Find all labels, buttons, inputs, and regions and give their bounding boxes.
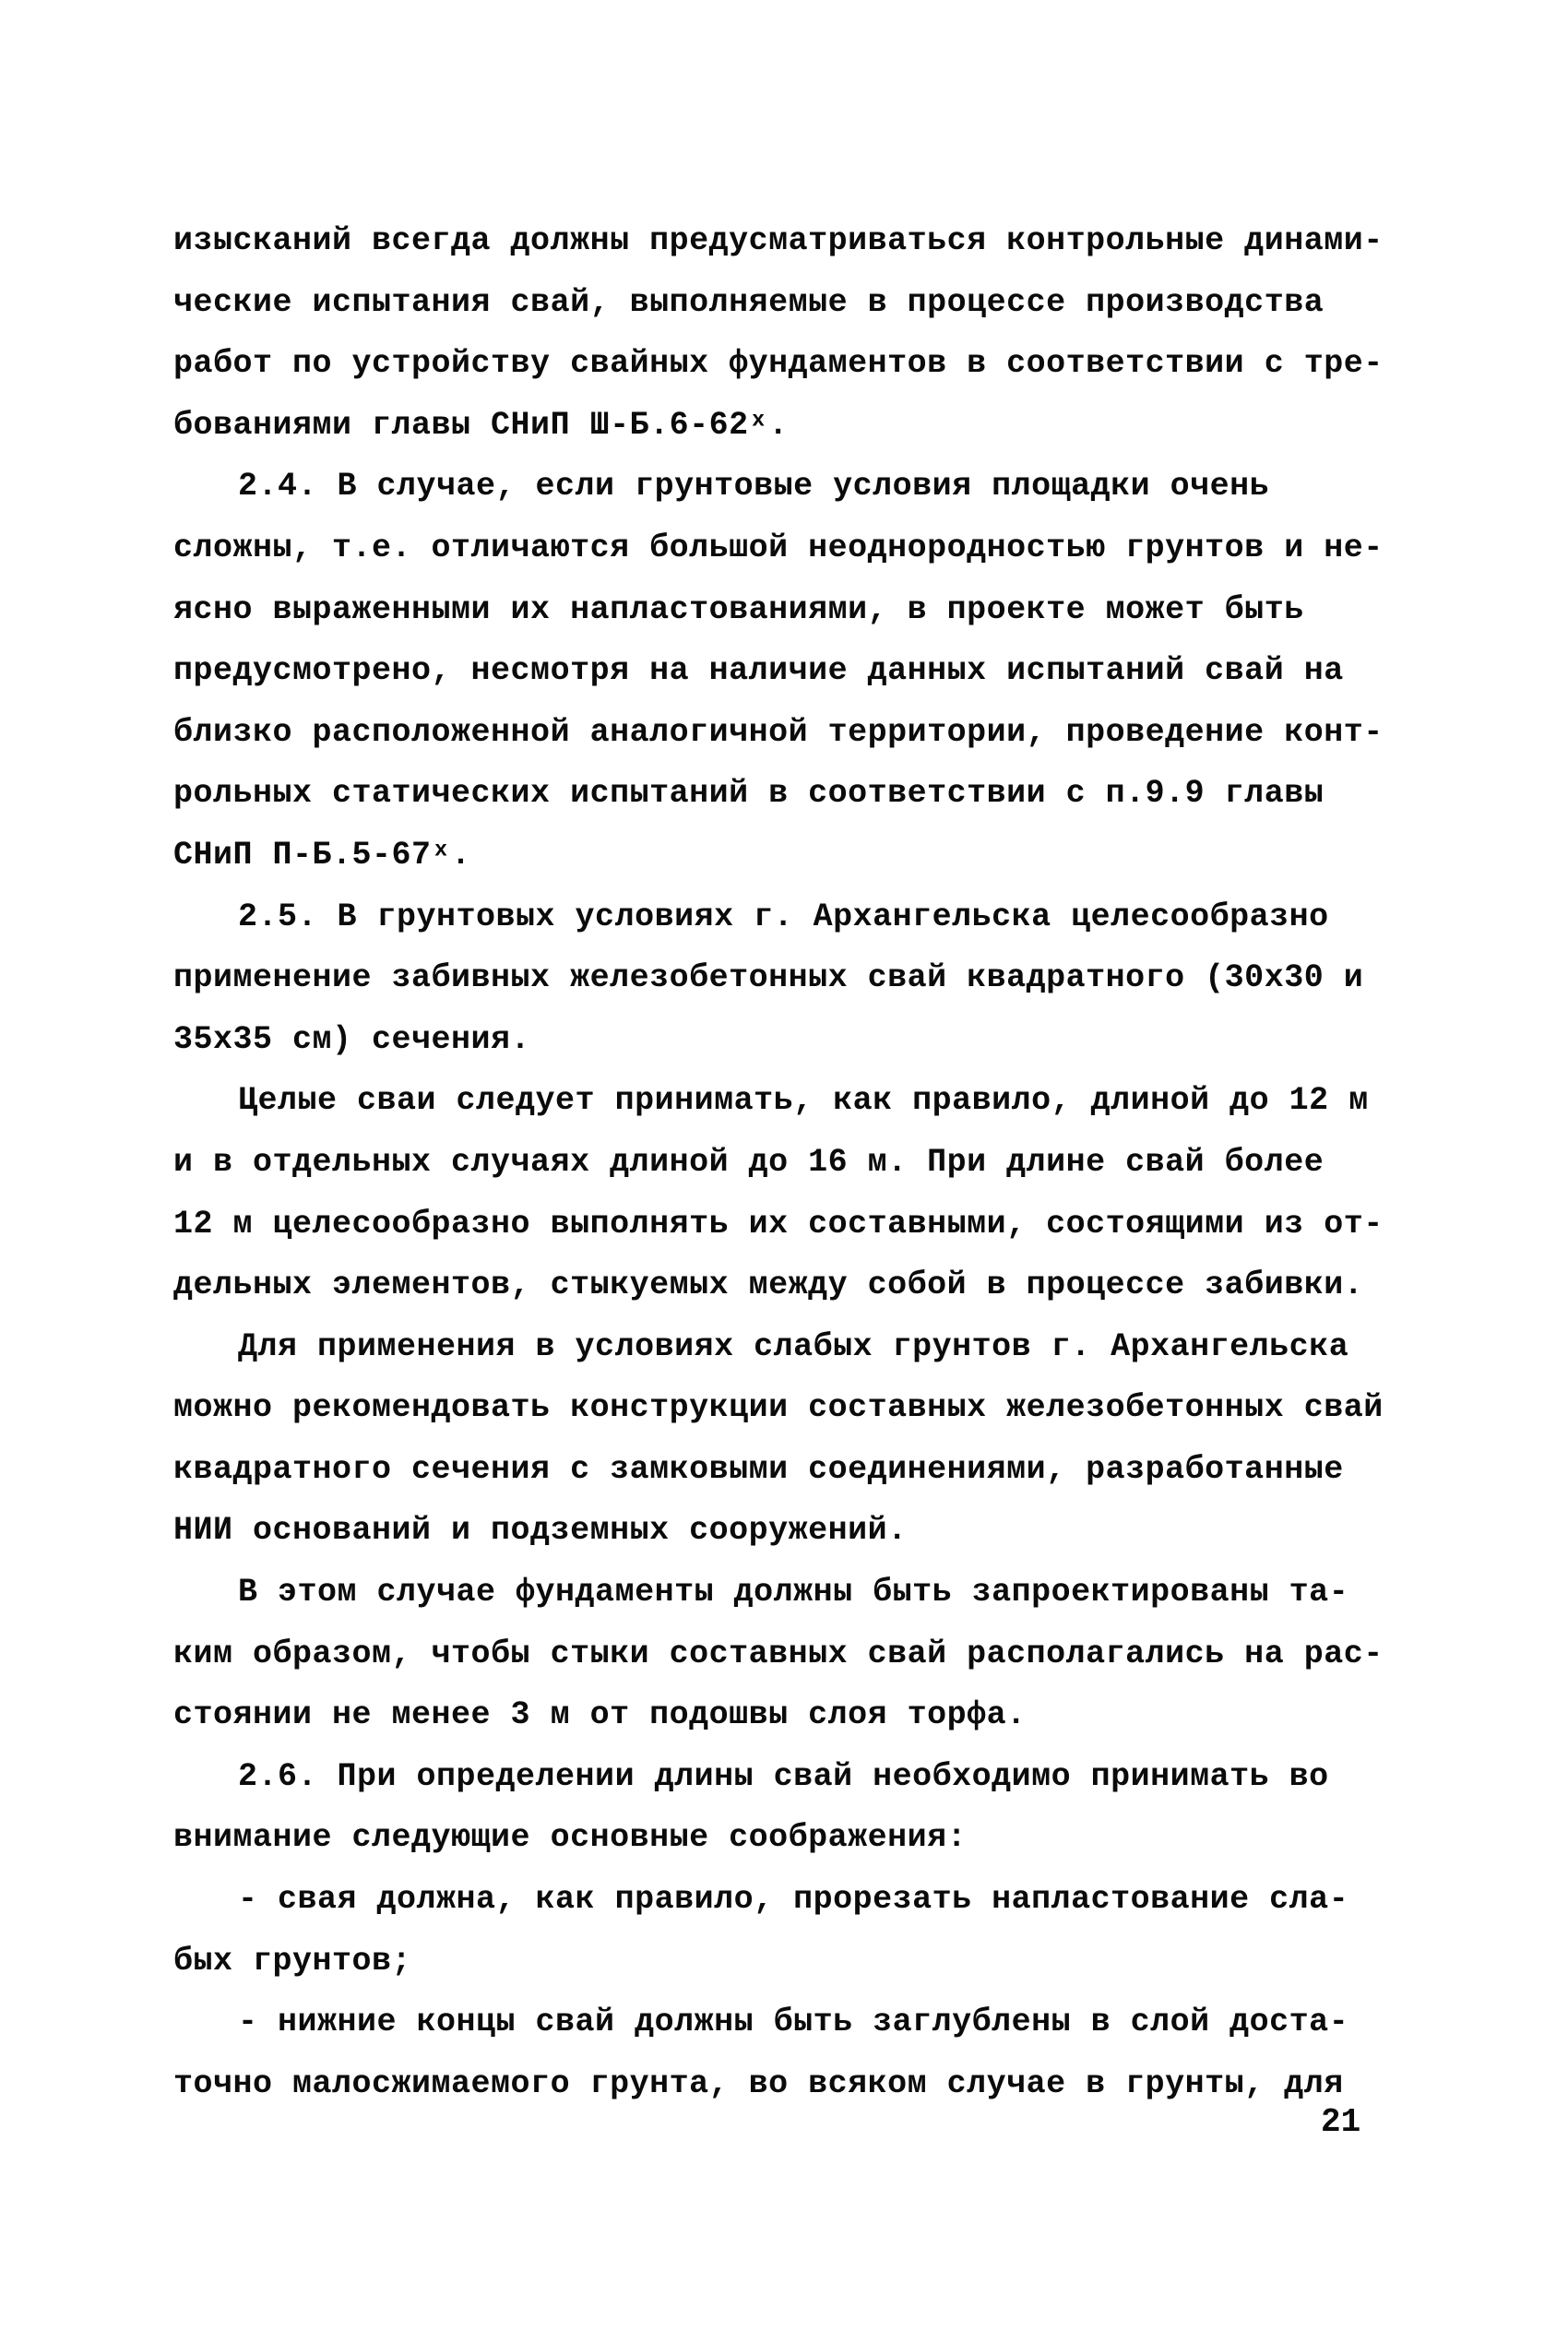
- page-number: 21: [1321, 2099, 1360, 2146]
- text-line: близко расположенной аналогичной террито…: [173, 702, 1409, 764]
- text-line: работ по устройству свайных фундаментов …: [173, 333, 1409, 395]
- text-line: Для применения в условиях слабых грунтов…: [173, 1316, 1409, 1378]
- text-line: бых грунтов;: [173, 1931, 1409, 1992]
- text-line: - свая должна, как правило, прорезать на…: [173, 1869, 1409, 1931]
- text-line: 12 м целесообразно выполнять их составны…: [173, 1194, 1409, 1255]
- text-line: квадратного сечения с замковыми соединен…: [173, 1439, 1409, 1501]
- text-line: ясно выраженными их напластованиями, в п…: [173, 579, 1409, 641]
- text-line: применение забивных железобетонных свай …: [173, 947, 1409, 1009]
- text-line: 2.4. В случае, если грунтовые условия пл…: [173, 456, 1409, 517]
- text-line: стоянии не менее 3 м от подошвы слоя тор…: [173, 1684, 1409, 1746]
- text-line: СНиП П-Б.5-67ˣ.: [173, 825, 1409, 886]
- text-line: можно рекомендовать конструкции составны…: [173, 1377, 1409, 1439]
- text-line: изысканий всегда должны предусматриватьс…: [173, 210, 1409, 272]
- text-line: и в отдельных случаях длиной до 16 м. Пр…: [173, 1132, 1409, 1194]
- scanned-document-page: изысканий всегда должны предусматриватьс…: [0, 0, 1568, 2331]
- text-line: 2.6. При определении длины свай необходи…: [173, 1746, 1409, 1808]
- text-block: изысканий всегда должны предусматриватьс…: [173, 210, 1409, 2114]
- text-line: ким образом, чтобы стыки составных свай …: [173, 1623, 1409, 1685]
- text-line: дельных элементов, стыкуемых между собой…: [173, 1255, 1409, 1316]
- text-line: Целые сваи следует принимать, как правил…: [173, 1070, 1409, 1132]
- text-line: внимание следующие основные соображения:: [173, 1807, 1409, 1869]
- text-line: предусмотрено, несмотря на наличие данны…: [173, 640, 1409, 702]
- text-line: ческие испытания свай, выполняемые в про…: [173, 272, 1409, 334]
- text-line: В этом случае фундаменты должны быть зап…: [173, 1562, 1409, 1623]
- text-line: 35х35 см) сечения.: [173, 1009, 1409, 1071]
- text-line: 2.5. В грунтовых условиях г. Архангельск…: [173, 886, 1409, 948]
- text-line: - нижние концы свай должны быть заглубле…: [173, 1992, 1409, 2053]
- text-line: точно малосжимаемого грунта, во всяком с…: [173, 2053, 1409, 2115]
- text-line: НИИ оснований и подземных сооружений.: [173, 1500, 1409, 1562]
- text-line: сложны, т.е. отличаются большой неодноро…: [173, 517, 1409, 579]
- text-line: рольных статических испытаний в соответс…: [173, 763, 1409, 825]
- text-line: бованиями главы СНиП Ш-Б.6-62ˣ.: [173, 395, 1409, 457]
